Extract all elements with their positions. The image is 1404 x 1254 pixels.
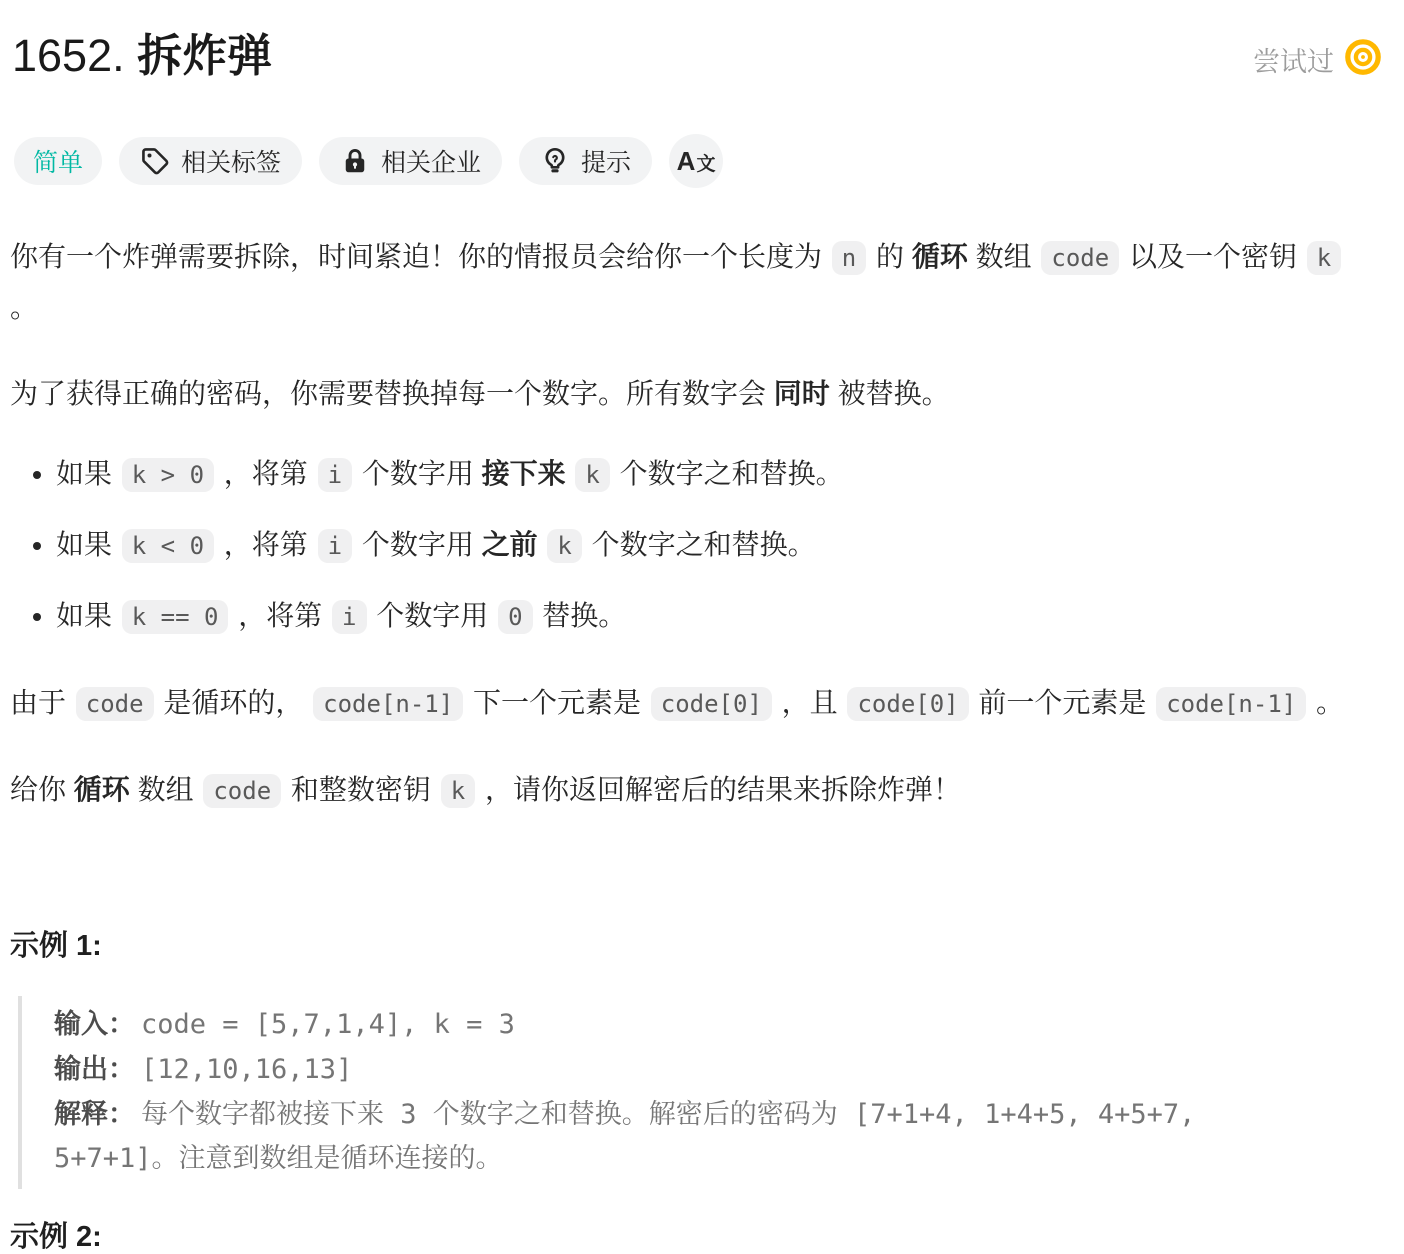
text-run: 前一个元素是 (971, 687, 1155, 718)
text-run: 是循环的， (156, 687, 312, 718)
text-run: 如果 (56, 458, 120, 489)
bold-text: 之前 (482, 529, 538, 560)
text-run: ，将第 (230, 600, 330, 631)
page-title: 1652. 拆炸弹 (12, 28, 272, 84)
text-run: 给你 (10, 774, 74, 805)
problem-page: 1652. 拆炸弹 尝试过 简单 相关标签 (0, 0, 1404, 1254)
difficulty-label: 简单 (33, 143, 83, 179)
example-value: 每个数字都被接下来 3 个数字之和替换。解密后的密码为 [7+1+4, 1+4+… (54, 1099, 1195, 1174)
bold-text: 同时 (774, 378, 830, 409)
inline-code: k (575, 458, 609, 492)
inline-code: k > 0 (122, 458, 214, 492)
translate-icon: A文 (677, 146, 716, 177)
related-companies-label: 相关企业 (381, 143, 481, 179)
text-run: ，且 (774, 687, 846, 718)
inline-code: 0 (498, 600, 532, 634)
inline-code: i (318, 529, 352, 563)
bold-text: 接下来 (482, 458, 566, 489)
text-run: 如果 (56, 600, 120, 631)
text-run: 个数字之和替换。 (612, 458, 844, 489)
example-line: 输出：[12,10,16,13] (54, 1047, 1334, 1092)
text-run: 。 (1308, 687, 1344, 718)
text-run: 下一个元素是 (465, 687, 649, 718)
text-run: 如果 (56, 529, 120, 560)
text-run: 数组 (130, 774, 202, 805)
inline-code: code[n-1] (313, 687, 463, 721)
list-item: 如果 k < 0 ，将第 i 个数字用 之前 k 个数字之和替换。 (56, 520, 1354, 571)
inline-code: code (76, 687, 154, 721)
text-run: 被替换。 (830, 378, 950, 409)
description-paragraph: 由于 code 是循环的， code[n-1] 下一个元素是 code[0] ，… (10, 678, 1354, 729)
meta-toolbar: 简单 相关标签 相关企业 (10, 134, 1384, 188)
example-block: 输入：code = [5,7,1,4], k = 3输出：[12,10,16,1… (18, 996, 1354, 1189)
related-tags-button[interactable]: 相关标签 (119, 137, 302, 185)
related-companies-button[interactable]: 相关企业 (319, 137, 502, 185)
inline-code: n (832, 241, 866, 275)
inline-code: code (203, 774, 281, 808)
text-run (566, 458, 574, 489)
example-label: 解释： (54, 1099, 135, 1129)
list-item: 如果 k > 0 ，将第 i 个数字用 接下来 k 个数字之和替换。 (56, 449, 1354, 500)
example-label: 输出： (54, 1054, 135, 1084)
problem-header: 1652. 拆炸弹 尝试过 (10, 28, 1384, 84)
text-run: 替换。 (535, 600, 627, 631)
list-item: 如果 k == 0 ，将第 i 个数字用 0 替换。 (56, 591, 1354, 642)
difficulty-badge: 简单 (14, 137, 102, 185)
text-run: ，将第 (216, 458, 316, 489)
bold-text: 循环 (912, 241, 968, 272)
status-badge: 尝试过 (1253, 38, 1382, 81)
bullet-list: 如果 k > 0 ，将第 i 个数字用 接下来 k 个数字之和替换。如果 k <… (10, 449, 1354, 642)
inline-code: code[n-1] (1156, 687, 1306, 721)
bullseye-icon (1344, 38, 1382, 81)
problem-name: 拆炸弹 (137, 30, 272, 81)
inline-code: k == 0 (122, 600, 229, 634)
text-run: 个数字之和替换。 (584, 529, 816, 560)
text-run (538, 529, 546, 560)
text-run: 。 (10, 292, 38, 323)
example-heading: 示例 1: (10, 928, 1354, 964)
example-line: 输入：code = [5,7,1,4], k = 3 (54, 1002, 1334, 1047)
text-run: 由于 (10, 687, 74, 718)
description-paragraph: 为了获得正确的密码，你需要替换掉每一个数字。所有数字会 同时 被替换。 (10, 369, 1354, 419)
text-run: 和整数密钥 (283, 774, 439, 805)
text-run: 以及一个密钥 (1121, 241, 1305, 272)
status-label: 尝试过 (1253, 40, 1334, 79)
description-paragraph: 你有一个炸弹需要拆除，时间紧迫！你的情报员会给你一个长度为 n 的 循环 数组 … (10, 232, 1354, 333)
example-line: 解释：每个数字都被接下来 3 个数字之和替换。解密后的密码为 [7+1+4, 1… (54, 1092, 1334, 1181)
text-run: 个数字用 (369, 600, 497, 631)
inline-code: i (318, 458, 352, 492)
text-run: 你有一个炸弹需要拆除，时间紧迫！你的情报员会给你一个长度为 (10, 241, 830, 272)
example-value: code = [5,7,1,4], k = 3 (141, 1009, 515, 1040)
text-run: 为了获得正确的密码，你需要替换掉每一个数字。所有数字会 (10, 378, 774, 409)
example-value: [12,10,16,13] (141, 1054, 352, 1085)
lock-icon (340, 146, 370, 176)
example-label: 输入： (54, 1009, 135, 1039)
problem-description: 你有一个炸弹需要拆除，时间紧迫！你的情报员会给你一个长度为 n 的 循环 数组 … (10, 232, 1384, 1254)
inline-code: k < 0 (122, 529, 214, 563)
inline-code: k (441, 774, 475, 808)
hint-label: 提示 (581, 143, 631, 179)
text-run: ，将第 (216, 529, 316, 560)
text-run: 个数字用 (354, 458, 482, 489)
inline-code: i (332, 600, 366, 634)
bulb-icon (540, 146, 570, 176)
description-paragraph: 给你 循环 数组 code 和整数密钥 k ，请你返回解密后的结果来拆除炸弹！ (10, 765, 1354, 816)
related-tags-label: 相关标签 (181, 143, 281, 179)
tag-icon (140, 146, 170, 176)
text-run: ，请你返回解密后的结果来拆除炸弹！ (477, 774, 961, 805)
inline-code: k (1307, 241, 1341, 275)
inline-code: code[0] (651, 687, 772, 721)
inline-code: code[0] (847, 687, 968, 721)
bold-text: 循环 (74, 774, 130, 805)
text-run: 的 (868, 241, 912, 272)
inline-code: k (547, 529, 581, 563)
hint-button[interactable]: 提示 (519, 137, 652, 185)
text-run: 个数字用 (354, 529, 482, 560)
translate-button[interactable]: A文 (669, 134, 723, 188)
text-run: 数组 (968, 241, 1040, 272)
problem-number: 1652. (12, 30, 125, 81)
inline-code: code (1041, 241, 1119, 275)
example-heading: 示例 2: (10, 1219, 1354, 1254)
